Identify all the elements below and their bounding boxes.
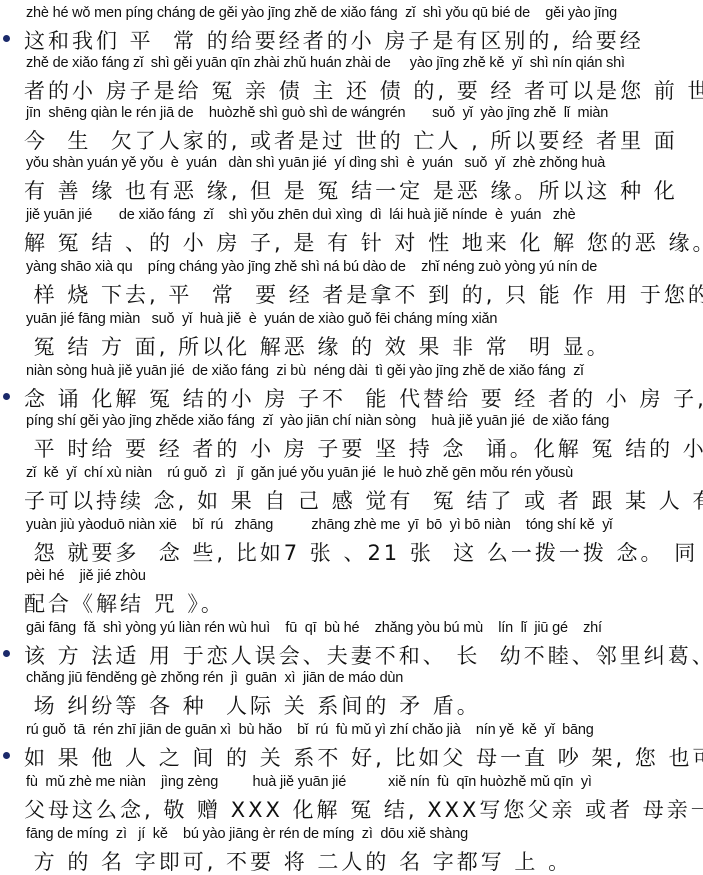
pinyin-line: niàn sòng huà jiě yuān jié de xiǎo fáng … (26, 363, 583, 379)
bullet-icon (3, 393, 10, 400)
bullet-icon (3, 752, 10, 759)
pinyin-line: jiě yuān jié de xiǎo fáng zǐ shì yǒu zhē… (26, 207, 575, 223)
pinyin-line: jīn shēng qiàn le rén jiā de huòzhě shì … (26, 105, 608, 121)
pinyin-line: chǎng jiū fēnděng gè zhǒng rén jì guān x… (26, 670, 403, 686)
hanzi-line: 样 烧 下去, 平 常 要 经 者是拿不 到 的, 只 能 作 用 于您的 (24, 279, 703, 309)
pinyin-line: yuān jié fāng miàn suǒ yǐ huà jiě è yuán… (26, 311, 497, 327)
pinyin-line: yàng shāo xià qu píng cháng yào jīng zhě… (26, 259, 597, 275)
pinyin-line: yǒu shàn yuán yě yǒu è yuán dàn shì yuān… (26, 155, 605, 171)
hanzi-line: 冤 结 方 面, 所以化 解恶 缘 的 效 果 非 常 明 显。 (24, 331, 611, 361)
hanzi-line: 子可以持续 念, 如 果 自 己 感 觉有 冤 结了 或 者 跟 某 人 有宿 (24, 485, 703, 515)
pinyin-line: rú guǒ tā rén zhī jiān de guān xì bù hǎo… (26, 722, 594, 738)
hanzi-line: 平 时给 要 经 者的 小 房 子要 坚 持 念 诵。化解 冤 结的 小 房 (24, 433, 703, 463)
hanzi-line: 有 善 缘 也有恶 缘, 但 是 冤 结一定 是恶 缘。所以这 种 化 (24, 175, 678, 205)
hanzi-line: 该 方 法适 用 于恋人误会、夫妻不和、 长 幼不睦、邻里纠葛、职 (24, 640, 703, 670)
pinyin-line: yuàn jiù yàoduō niàn xiē bǐ rú zhāng zhā… (26, 517, 612, 533)
hanzi-line: 这和我们 平 常 的给要经者的小 房子是有区别的, 给要经 (24, 25, 644, 55)
bullet-icon (3, 650, 10, 657)
hanzi-line: 怨 就要多 念 些, 比如7 张 、21 张 这 么一拨一拨 念。 同 时可以 (24, 537, 703, 567)
pinyin-line: zhě de xiǎo fáng zǐ shì gěi yuān qīn zhà… (26, 55, 625, 71)
pinyin-line: gāi fāng fǎ shì yòng yú liàn rén wù huì … (26, 620, 602, 636)
hanzi-line: 者的小 房子是给 冤 亲 债 主 还 债 的, 要 经 者可以是您 前 世 (24, 75, 703, 105)
hanzi-line: 方 的 名 字即可, 不要 将 二人的 名 字都写 上 。 (24, 846, 572, 875)
bullet-icon (3, 35, 10, 42)
hanzi-line: 今 生 欠了人家的, 或者是过 世的 亡人 , 所以要经 者里 面 (24, 125, 678, 155)
pinyin-line: fù mǔ zhè me niàn jìng zèng huà jiě yuān… (26, 774, 592, 790)
hanzi-line: 解 冤 结 、的 小 房 子, 是 有 针 对 性 地来 化 解 您的恶 缘。这 (24, 227, 703, 257)
hanzi-line: 场 纠纷等 各 种 人际 关 系间的 矛 盾。 (24, 690, 481, 720)
hanzi-line: 父母这么念, 敬 赠 XXX 化解 冤 结, XXX写您父亲 或者 母亲一 (24, 794, 703, 824)
pinyin-line: píng shí gěi yào jīng zhěde xiǎo fáng zǐ… (26, 413, 609, 429)
hanzi-line: 念 诵 化解 冤 结的小 房 子不 能 代替给 要 经 者的 小 房 子, (24, 383, 703, 413)
pinyin-line: pèi hé jiě jié zhòu (26, 568, 146, 584)
pinyin-line: fāng de míng zì jí kě bú yào jiāng èr ré… (26, 826, 468, 842)
pinyin-line: zǐ kě yǐ chí xù niàn rú guǒ zì jǐ gǎn ju… (26, 465, 573, 481)
hanzi-line: 配合《解结 咒 》。 (24, 588, 225, 618)
pinyin-line: zhè hé wǒ men píng cháng de gěi yào jīng… (26, 5, 617, 21)
hanzi-line: 如 果 他 人 之 间 的 关 系不 好, 比如父 母一直 吵 架, 您 也可以… (24, 742, 703, 772)
